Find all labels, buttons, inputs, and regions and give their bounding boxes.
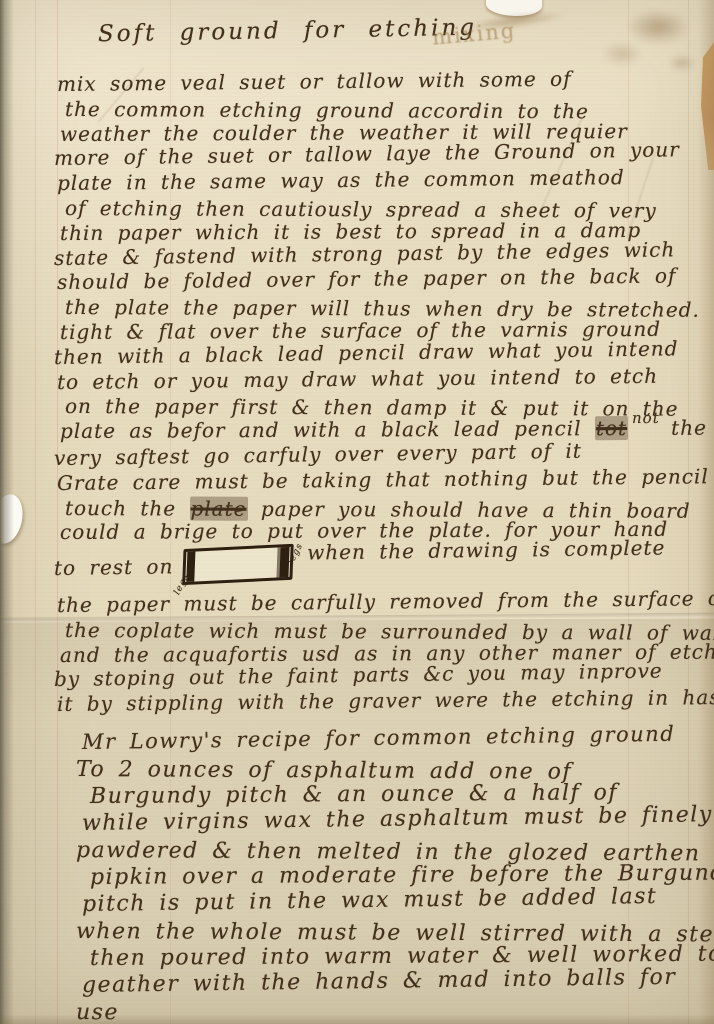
- section-soft-ground: mix some veal suet or tallow with some o…: [52, 72, 712, 717]
- manuscript-line-with-sketch: to rest onlegslegswhen the drawing is co…: [54, 540, 713, 591]
- manuscript-line: it by stippling with the graver were the…: [57, 685, 712, 717]
- struck-word: tot: [595, 416, 628, 440]
- manuscript-line: mix some veal suet or tallow with some o…: [57, 65, 712, 97]
- page-title: Soft ground for etching: [98, 15, 477, 48]
- manuscript-line: should be folded over for the paper on t…: [57, 264, 712, 296]
- scan-edge-shadow: [0, 0, 14, 1024]
- line-text: to rest on: [54, 554, 174, 580]
- manuscript-page: Soft ground for etching mixing mix some …: [0, 0, 714, 1024]
- bridge-drawing-icon: [183, 544, 295, 585]
- manuscript-line: the paper must be carfully removed from …: [57, 586, 712, 618]
- section-lowry-recipe: Mr Lowry's recipe for common etching gro…: [52, 729, 712, 1024]
- manuscript-body: mix some veal suet or tallow with some o…: [52, 72, 712, 1024]
- struck-word: plate: [189, 496, 247, 520]
- section-heading: Mr Lowry's recipe for common etching gro…: [82, 720, 712, 756]
- inserted-word: not: [632, 409, 660, 427]
- line-text: touch the: [65, 496, 176, 520]
- manuscript-line: use: [76, 999, 712, 1024]
- chain-line: [35, 0, 36, 1024]
- line-text: when the drawing is complete: [307, 536, 665, 566]
- manuscript-line: plate in the same way as the common meat…: [57, 164, 712, 196]
- bridge-sketch: legslegs: [183, 546, 294, 589]
